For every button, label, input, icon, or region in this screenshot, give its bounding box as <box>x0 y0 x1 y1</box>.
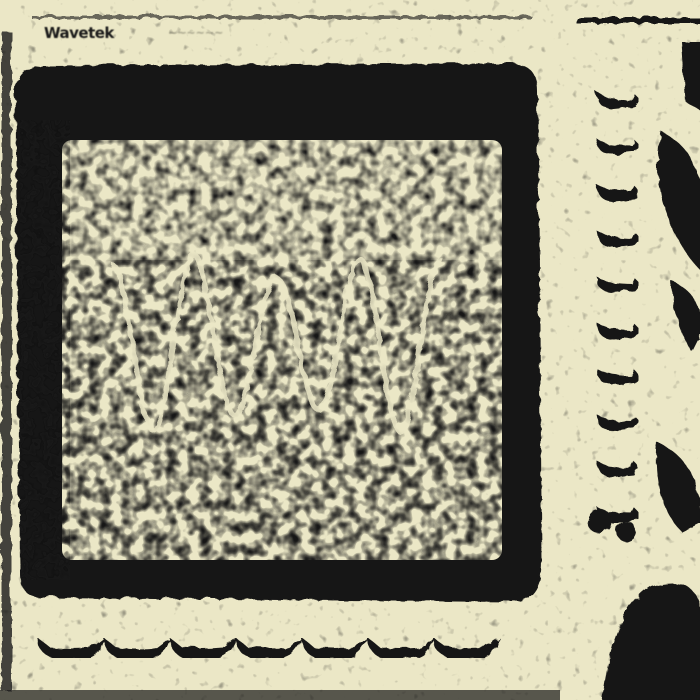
model-label: ~~~~~~ <box>168 26 223 39</box>
brand-label: Wavetek <box>44 24 114 42</box>
crt-screen <box>62 140 502 560</box>
oscilloscope-illustration <box>0 0 700 700</box>
oscilloscope-photo: Wavetek ~~~~~~ <box>0 0 700 700</box>
